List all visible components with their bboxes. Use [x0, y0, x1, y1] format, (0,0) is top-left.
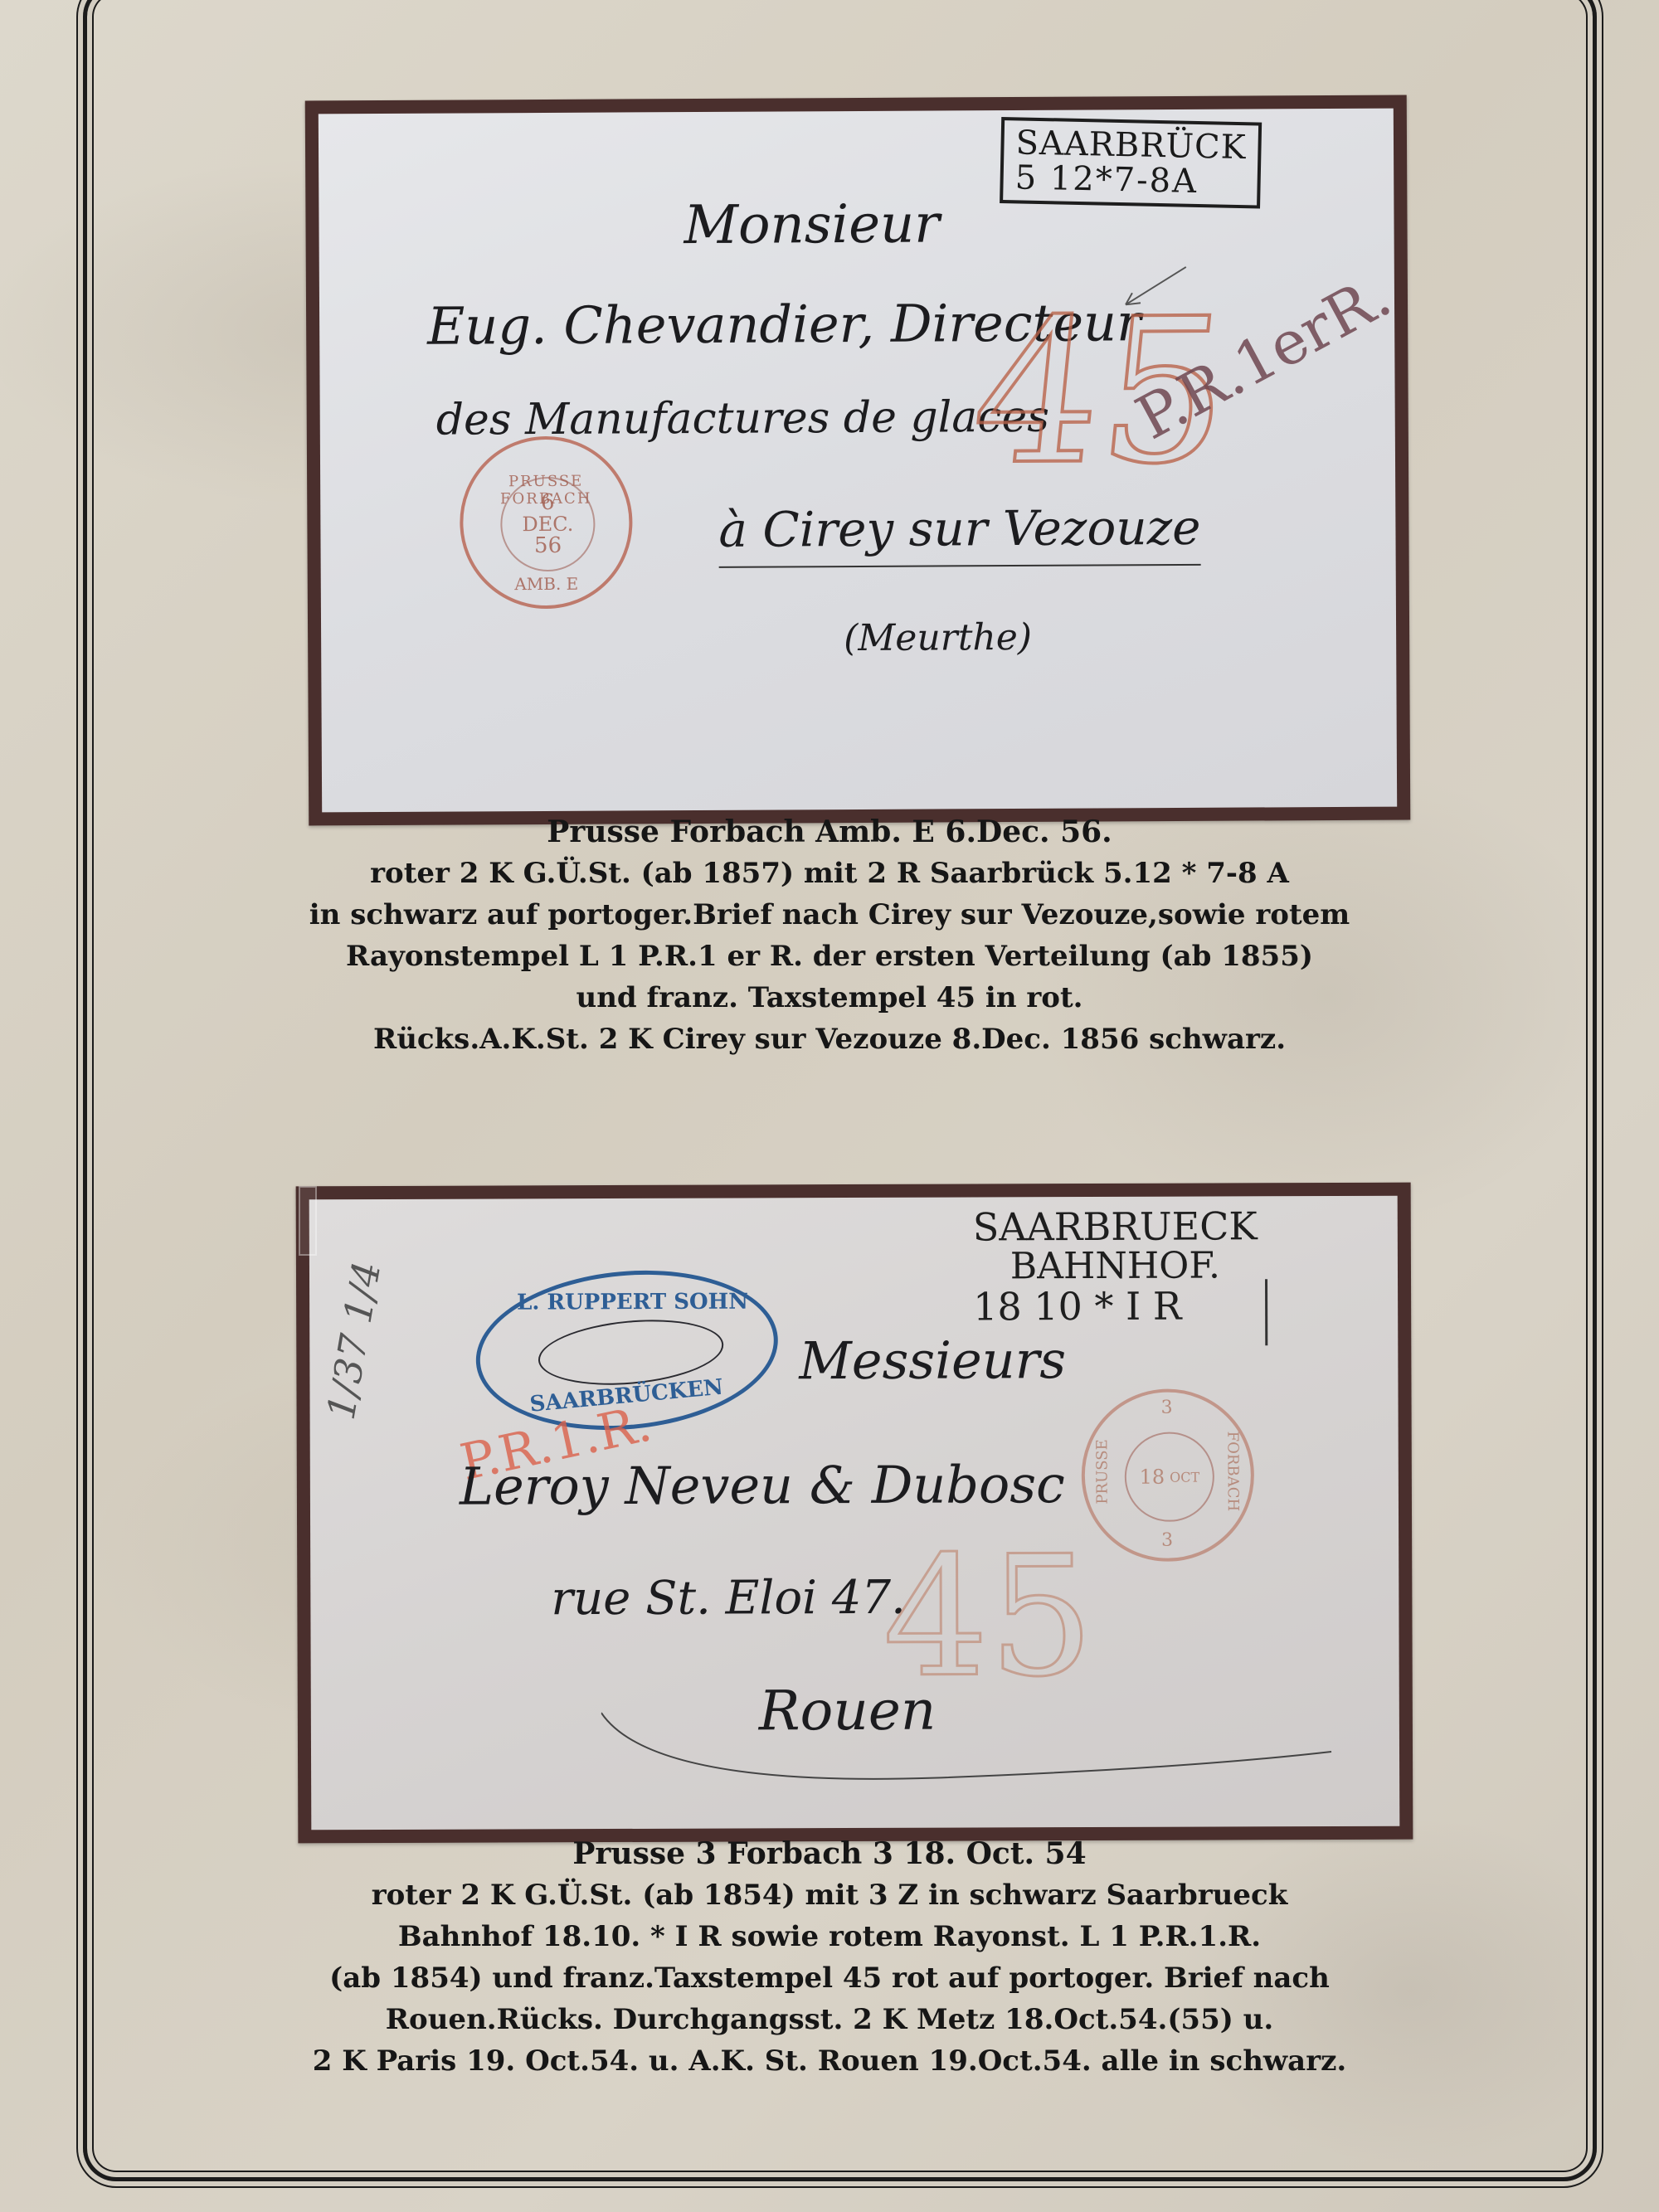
protective-sleeve-edge	[299, 1186, 317, 1256]
cover-1-mount: SAARBRÜCK 5 12*7-8A Monsieur Eug. Chevan…	[305, 95, 1411, 826]
cover-1-prusse-forbach-circle-stamp: PRUSSE FORBACH 6 DEC. 56 AMB. E	[460, 435, 633, 609]
cover-1-envelope: SAARBRÜCK 5 12*7-8A Monsieur Eug. Chevan…	[319, 109, 1397, 813]
cover-2-address-line-2: Leroy Neveu & Dubosc	[460, 1454, 1065, 1517]
cover-2-envelope: SAARBRUECK BAHNHOF. 18 10 * I R L. RUPPE…	[309, 1196, 1400, 1830]
cover-2-address-line-3: rue St. Eloi 47.	[551, 1571, 906, 1626]
cover-2-saarbruecker-bahnhof-stamp: SAARBRUECK BAHNHOF. 18 10 * I R	[973, 1206, 1258, 1326]
cover-1-address-line-4: à Cirey sur Vezouze	[718, 499, 1200, 568]
cover-2-address-line-1: Messieurs	[799, 1330, 1066, 1391]
cover-1-address-line-5: (Meurthe)	[844, 616, 1032, 659]
cover-1-description-title: Prusse Forbach Amb. E 6.Dec. 56.	[0, 811, 1659, 853]
cover-2-description: Prusse 3 Forbach 3 18. Oct. 54 roter 2 K…	[0, 1833, 1659, 2082]
cover-1-saarbrueck-box-stamp: SAARBRÜCK 5 12*7-8A	[1000, 117, 1262, 209]
cover-1-description: Prusse Forbach Amb. E 6.Dec. 56. roter 2…	[0, 811, 1659, 1060]
cover-2-tax-stamp-45: 45	[883, 1520, 1094, 1714]
cover-2-box-stamp-right-edge	[1265, 1279, 1267, 1345]
cover-2-mount: SAARBRUECK BAHNHOF. 18 10 * I R L. RUPPE…	[296, 1183, 1413, 1844]
cover-2-side-marking: 1/37 1/4	[319, 1258, 390, 1422]
cover-1-address-line-1: Monsieur	[684, 193, 940, 256]
cover-2-description-title: Prusse 3 Forbach 3 18. Oct. 54	[0, 1833, 1659, 1874]
cover-2-prusse-forbach-circle-stamp: 3 PRUSSE FORBACH 18 OCT 3	[1081, 1388, 1254, 1562]
